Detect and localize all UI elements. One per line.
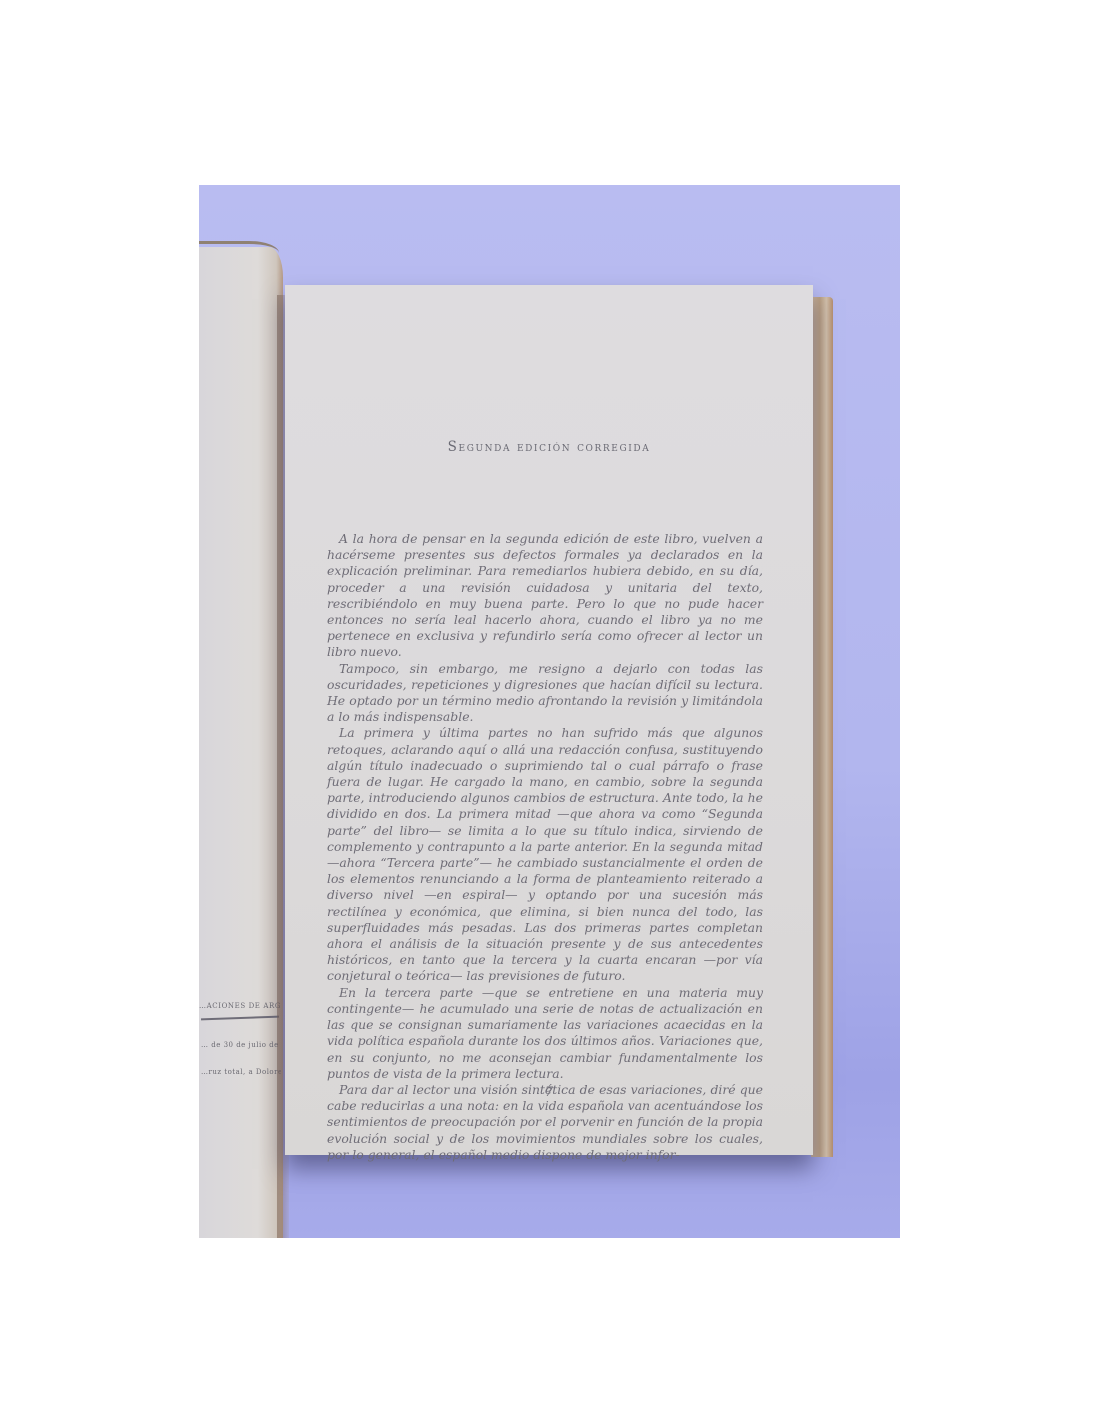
right-page: Segunda edición corregida A la hora de p… [285,285,813,1155]
paragraph: Tampoco, sin embargo, me resigno a dejar… [327,661,763,726]
paragraph: La primera y última partes no han sufrid… [327,725,763,984]
page-title: Segunda edición corregida [285,439,813,455]
paragraph: En la tercera parte —que se entretiene e… [327,985,763,1082]
left-page-curled-edge [199,241,279,254]
left-page-footer-heading: …ACIONES DE ARGENTINA [199,1002,281,1011]
body-text: A la hora de pensar en la segunda edició… [327,531,763,1163]
page-edges [811,297,833,1157]
left-page-footer-line: …ruz total, a Dolores 2… [201,1068,281,1077]
left-page-footer-rule [201,1016,279,1021]
paragraph: A la hora de pensar en la segunda edició… [327,531,763,661]
left-page-footer-line: … de 30 de julio de 19… [201,1041,281,1050]
book-photo: …ACIONES DE ARGENTINA … de 30 de julio d… [199,185,900,1238]
left-page-footer-text: … de 30 de julio de 19… …ruz total, a Do… [201,1023,281,1095]
page-number: 7 [285,1085,813,1100]
left-page: …ACIONES DE ARGENTINA … de 30 de julio d… [199,247,283,1238]
